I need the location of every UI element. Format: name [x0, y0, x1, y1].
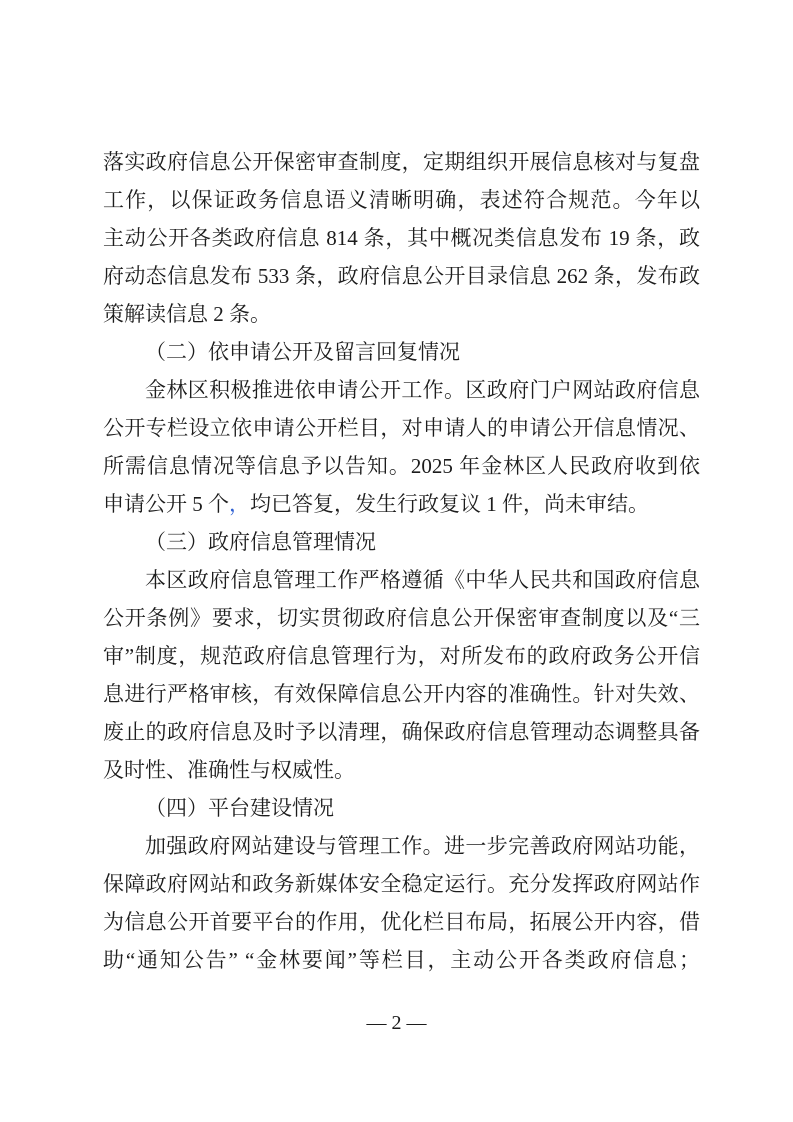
text-line: 策解读信息 2 条。 [103, 295, 700, 333]
text-line: 助“通知公告” “金林要闻”等栏目，主动公开各类政府信息； [103, 941, 700, 979]
document-body: 落实政府信息公开保密审查制度，定期组织开展信息核对与复盘 工作，以保证政务信息语… [103, 143, 700, 979]
text-line: 公开条例》要求，切实贯彻政府信息公开保密审查制度以及“三 [103, 599, 700, 637]
text-line: 审”制度，规范政府信息管理行为，对所发布的政府政务公开信 [103, 637, 700, 675]
text-line: 所需信息情况等信息予以告知。2025 年金林区人民政府收到依 [103, 447, 700, 485]
text-segment: 均已答复，发生行政复议 1 件，尚未审结。 [250, 492, 649, 516]
text-line: 府动态信息发布 533 条，政府信息公开目录信息 262 条，发布政 [103, 257, 700, 295]
text-line: 工作，以保证政务信息语义清晰明确，表述符合规范。今年以来， [103, 181, 700, 219]
text-segment: 申请公开 5 个 [103, 492, 229, 516]
section-heading-2: （二）依申请公开及留言回复情况 [103, 333, 700, 371]
text-line: 废止的政府信息及时予以清理，确保政府信息管理动态调整具备 [103, 713, 700, 751]
text-line: 申请公开 5 个，均已答复，发生行政复议 1 件，尚未审结。 [103, 485, 700, 523]
text-line: 本区政府信息管理工作严格遵循《中华人民共和国政府信息 [103, 561, 700, 599]
page-number: — 2 — [0, 1004, 793, 1042]
text-line: 主动公开各类政府信息 814 条，其中概况类信息发布 19 条，政 [103, 219, 700, 257]
document-page: 落实政府信息公开保密审查制度，定期组织开展信息核对与复盘 工作，以保证政务信息语… [0, 0, 793, 1122]
text-line: 息进行严格审核，有效保障信息公开内容的准确性。针对失效、 [103, 675, 700, 713]
text-line: 落实政府信息公开保密审查制度，定期组织开展信息核对与复盘 [103, 143, 700, 181]
section-heading-4: （四）平台建设情况 [103, 789, 700, 827]
text-line: 公开专栏设立依申请公开栏目，对申请人的申请公开信息情况、 [103, 409, 700, 447]
highlighted-comma: ， [229, 492, 250, 516]
text-line: 及时性、准确性与权威性。 [103, 751, 700, 789]
text-line: 金林区积极推进依申请公开工作。区政府门户网站政府信息 [103, 371, 700, 409]
text-line: 加强政府网站建设与管理工作。进一步完善政府网站功能， [103, 827, 700, 865]
text-line: 保障政府网站和政务新媒体安全稳定运行。充分发挥政府网站作 [103, 865, 700, 903]
text-line: 为信息公开首要平台的作用，优化栏目布局，拓展公开内容，借 [103, 903, 700, 941]
section-heading-3: （三）政府信息管理情况 [103, 523, 700, 561]
